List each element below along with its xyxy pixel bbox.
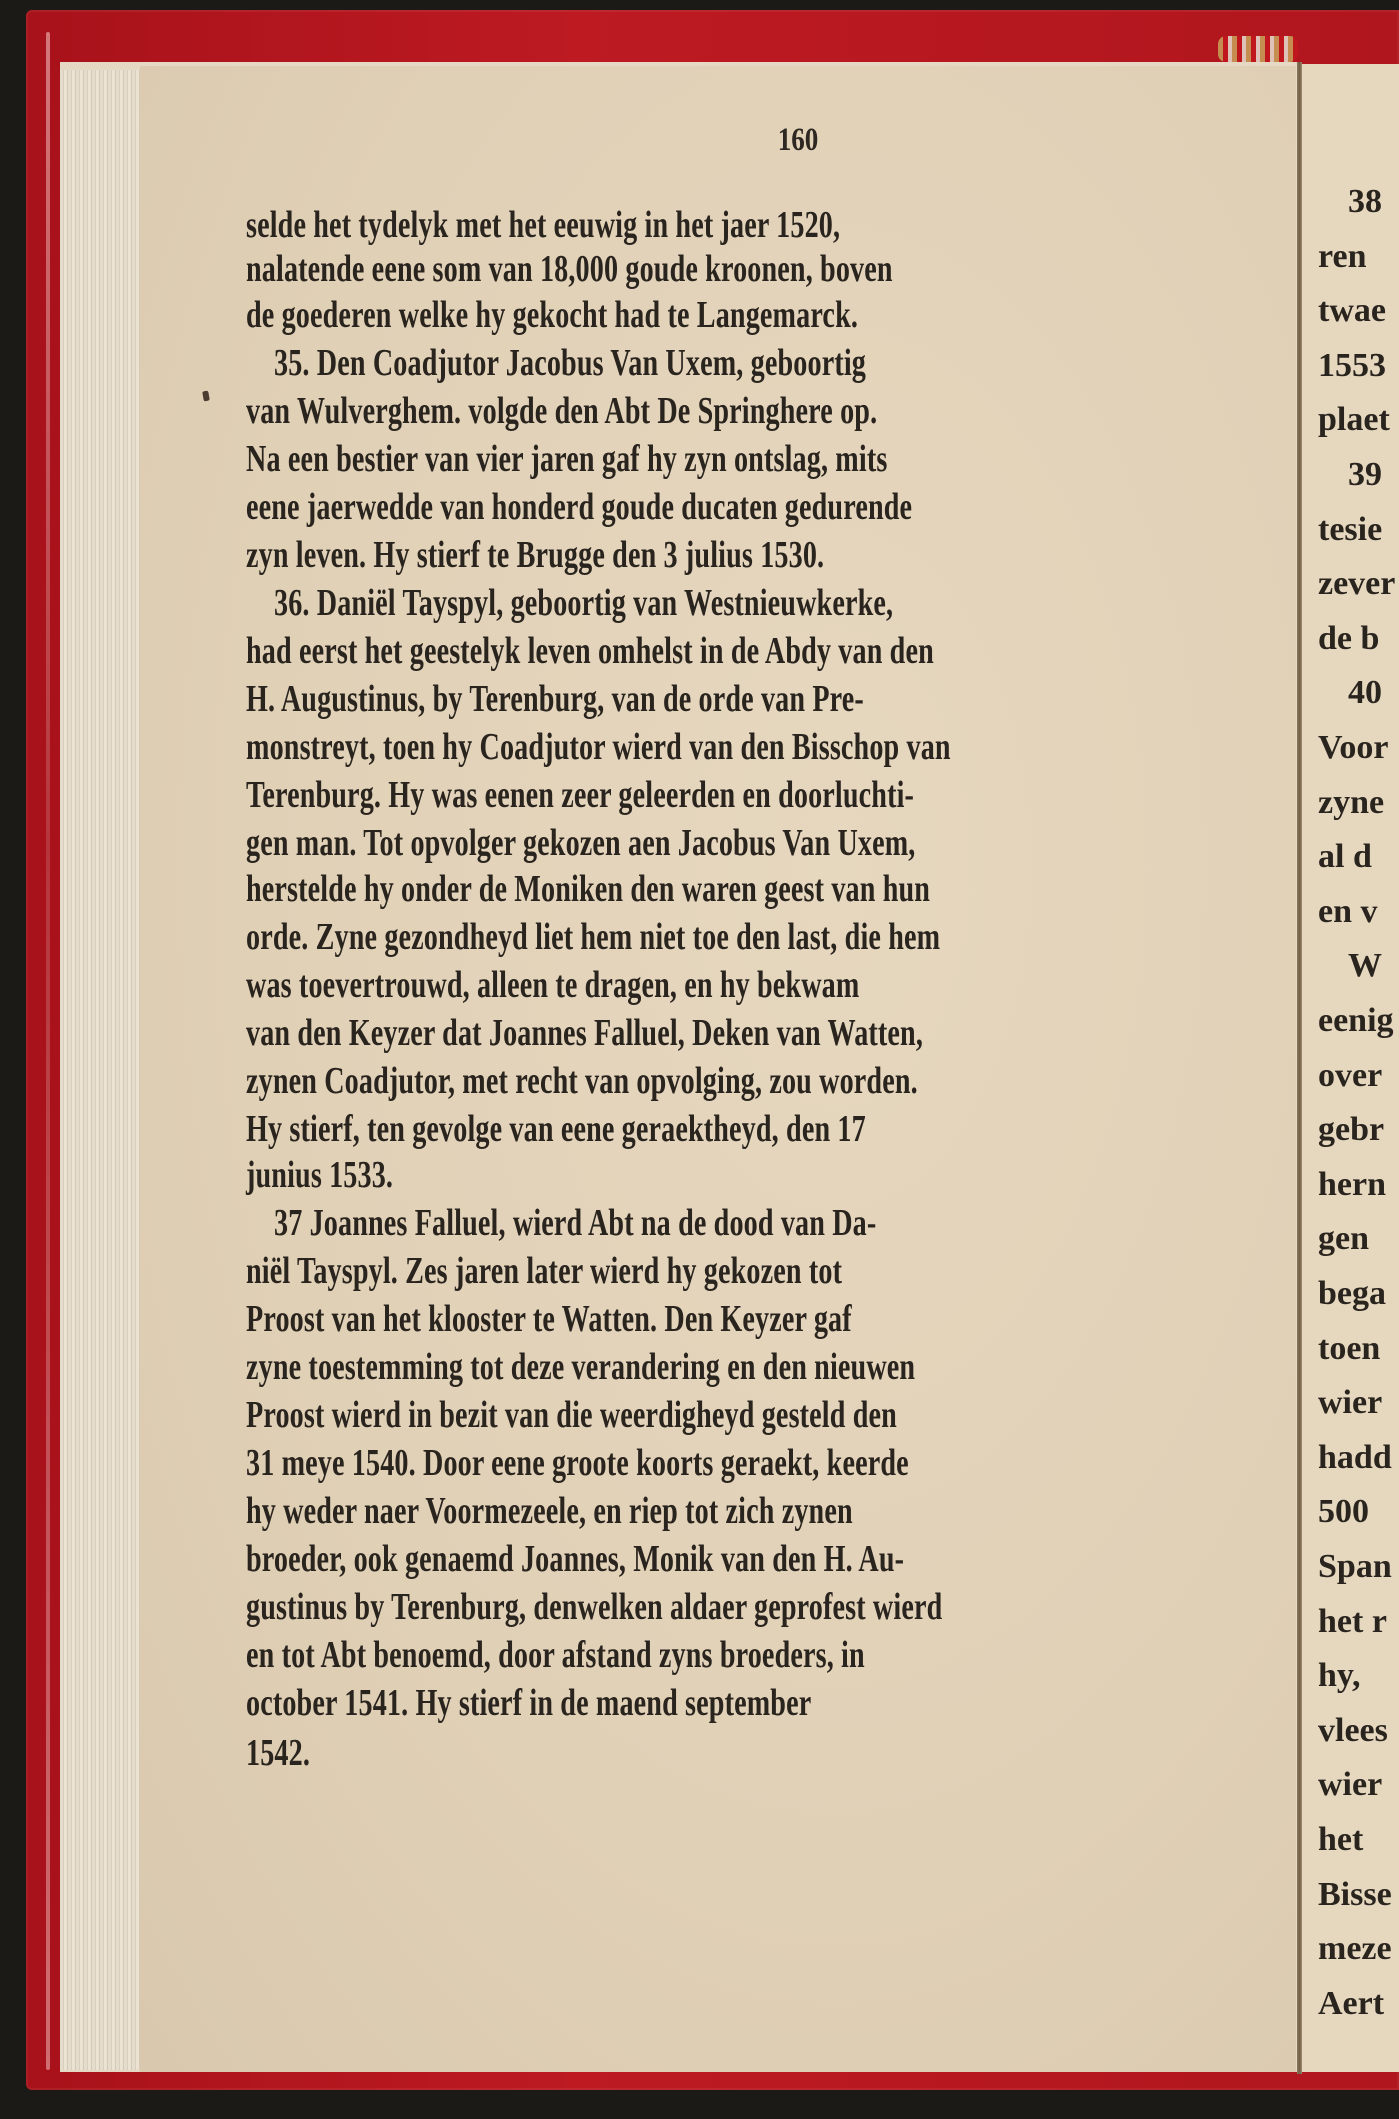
text-line: en tot Abt benoemd, door afstand zyns br…: [246, 1635, 865, 1675]
text-line: junius 1533.: [246, 1155, 393, 1195]
text-line: 36. Daniël Tayspyl, geboortig van Westni…: [274, 583, 893, 623]
text-line: het: [1318, 1820, 1363, 1860]
text-line: Bisse: [1318, 1875, 1392, 1915]
text-line: ren: [1318, 237, 1366, 277]
text-line: en v: [1318, 892, 1378, 932]
text-line: zyne: [1318, 783, 1384, 823]
text-line: 1542.: [246, 1733, 310, 1773]
text-line: hy weder naer Voormezeele, en riep tot z…: [246, 1491, 853, 1531]
text-line: hern: [1318, 1165, 1386, 1205]
text-line: nalatende eene som van 18,000 goude kroo…: [246, 249, 893, 289]
text-line: Span: [1318, 1547, 1392, 1587]
text-line: tesie: [1318, 510, 1382, 550]
text-line: bega: [1318, 1274, 1386, 1314]
right-page: 38rentwae1553plaet39tesiezeverde b40Voor…: [1302, 64, 1399, 2072]
text-line: hy,: [1318, 1656, 1361, 1696]
text-line: broeder, ook genaemd Joannes, Monik van …: [246, 1539, 904, 1579]
text-line: 31 meye 1540. Door eene groote koorts ge…: [246, 1443, 909, 1483]
text-line: Proost wierd in bezit van die weerdighey…: [246, 1395, 897, 1435]
text-line: zynen Coadjutor, met recht van opvolging…: [246, 1061, 918, 1101]
text-line: had eerst het geestelyk leven omhelst in…: [246, 631, 934, 671]
text-line: orde. Zyne gezondheyd liet hem niet toe …: [246, 917, 940, 957]
text-line: toen: [1318, 1329, 1380, 1369]
text-line: 37 Joannes Falluel, wierd Abt na de dood…: [274, 1203, 876, 1243]
text-line: twae: [1318, 291, 1386, 331]
text-line: gebr: [1318, 1110, 1384, 1150]
text-line: gustinus by Terenburg, denwelken aldaer …: [246, 1587, 942, 1627]
text-line: gen: [1318, 1219, 1369, 1259]
text-line: Proost van het klooster te Watten. Den K…: [246, 1299, 852, 1339]
left-page-text-clip: selde het tydelyk met het eeuwig in het …: [140, 66, 1297, 2072]
text-line: selde het tydelyk met het eeuwig in het …: [246, 205, 840, 245]
text-line: 38: [1348, 182, 1382, 222]
text-line: de b: [1318, 619, 1379, 659]
text-line: monstreyt, toen hy Coadjutor wierd van d…: [246, 727, 951, 767]
headband: [1218, 36, 1298, 62]
text-line: herstelde hy onder de Moniken den waren …: [246, 869, 930, 909]
text-line: over: [1318, 1056, 1382, 1096]
text-line: Terenburg. Hy was eenen zeer geleerden e…: [246, 775, 914, 815]
text-line: zyn leven. Hy stierf te Brugge den 3 jul…: [246, 535, 824, 575]
text-line: eenig: [1318, 1001, 1394, 1041]
text-line: zyne toestemming tot deze verandering en…: [246, 1347, 915, 1387]
text-line: W: [1348, 946, 1382, 986]
text-line: eene jaerwedde van honderd goude ducaten…: [246, 487, 912, 527]
text-line: 40: [1348, 673, 1382, 713]
text-line: hadd: [1318, 1438, 1392, 1478]
text-line: zever: [1318, 564, 1395, 604]
text-line: het r: [1318, 1602, 1387, 1642]
text-line: Hy stierf, ten gevolge van eene geraekth…: [246, 1109, 866, 1149]
text-line: gen man. Tot opvolger gekozen aen Jacobu…: [246, 823, 915, 863]
text-line: 500: [1318, 1492, 1369, 1532]
text-line: plaet: [1318, 400, 1390, 440]
text-line: wier: [1318, 1765, 1382, 1805]
text-line: was toevertrouwd, alleen te dragen, en h…: [246, 965, 859, 1005]
text-line: al d: [1318, 837, 1372, 877]
text-line: van den Keyzer dat Joannes Falluel, Deke…: [246, 1013, 923, 1053]
text-line: wier: [1318, 1383, 1382, 1423]
text-line: 35. Den Coadjutor Jacobus Van Uxem, gebo…: [274, 343, 866, 383]
text-line: 1553: [1318, 346, 1386, 386]
text-line: de goederen welke hy gekocht had te Lang…: [246, 295, 858, 335]
text-line: Voor: [1318, 728, 1389, 768]
text-line: Aert: [1318, 1984, 1384, 2024]
text-line: niël Tayspyl. Zes jaren later wierd hy g…: [246, 1251, 842, 1291]
text-line: 39: [1348, 455, 1382, 495]
text-line: Na een bestier van vier jaren gaf hy zyn…: [246, 439, 887, 479]
text-line: H. Augustinus, by Terenburg, van de orde…: [246, 679, 864, 719]
text-line: meze: [1318, 1929, 1392, 1969]
text-line: october 1541. Hy stierf in de maend sept…: [246, 1683, 811, 1723]
text-line: vlees: [1318, 1711, 1388, 1751]
text-line: van Wulverghem. volgde den Abt De Spring…: [246, 391, 877, 431]
